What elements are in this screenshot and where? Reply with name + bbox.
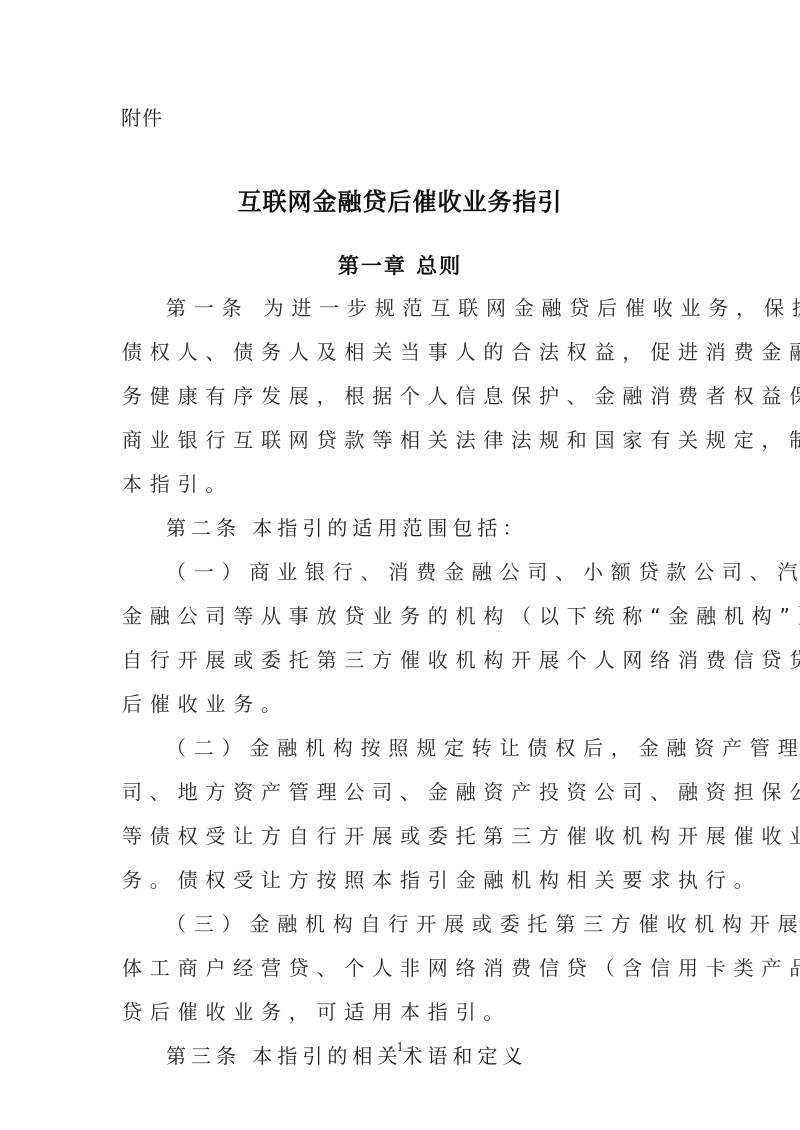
article-1-line-4: 商业银行互联网贷款等相关法律法规和国家有关规定，制定: [122, 418, 682, 462]
document-body: 第一条 为进一步规范互联网金融贷后催收业务，保护 债权人、债务人及相关当事人的合…: [122, 286, 682, 1078]
clause-1-line-4: 后催收业务。: [122, 682, 682, 726]
article-2-heading: 第二条 本指引的适用范围包括：: [122, 506, 682, 550]
clause-3-line-2: 体工商户经营贷、个人非网络消费信贷（含信用卡类产品）: [122, 946, 682, 990]
clause-2-line-3: 等债权受让方自行开展或委托第三方催收机构开展催收业: [122, 814, 682, 858]
clause-2-line-1: （二）金融机构按照规定转让债权后，金融资产管理公: [122, 726, 682, 770]
article-1-line-3: 务健康有序发展，根据个人信息保护、金融消费者权益保护、: [122, 374, 682, 418]
clause-2-line-4: 务。债权受让方按照本指引金融机构相关要求执行。: [122, 858, 682, 902]
article-1-line-1: 第一条 为进一步规范互联网金融贷后催收业务，保护: [122, 286, 682, 330]
document-title: 互联网金融贷后催收业务指引: [0, 182, 800, 217]
chapter-title: 第一章 总则: [0, 250, 800, 280]
article-1-line-5: 本指引。: [122, 462, 682, 506]
clause-3-line-1: （三）金融机构自行开展或委托第三方催收机构开展个: [122, 902, 682, 946]
clause-1-line-3: 自行开展或委托第三方催收机构开展个人网络消费信贷贷: [122, 638, 682, 682]
clause-1-line-2: 金融公司等从事放贷业务的机构（以下统称“金融机构”）: [122, 594, 682, 638]
clause-1-line-1: （一）商业银行、消费金融公司、小额贷款公司、汽车: [122, 550, 682, 594]
article-1-line-2: 债权人、债务人及相关当事人的合法权益，促进消费金融业: [122, 330, 682, 374]
document-page: 附件 互联网金融贷后催收业务指引 第一章 总则 第一条 为进一步规范互联网金融贷…: [0, 0, 800, 1130]
clause-2-line-2: 司、地方资产管理公司、金融资产投资公司、融资担保公司: [122, 770, 682, 814]
page-number: - 1 -: [0, 1040, 800, 1056]
clause-3-line-3: 贷后催收业务，可适用本指引。: [122, 990, 682, 1034]
attachment-label: 附件: [121, 102, 163, 131]
